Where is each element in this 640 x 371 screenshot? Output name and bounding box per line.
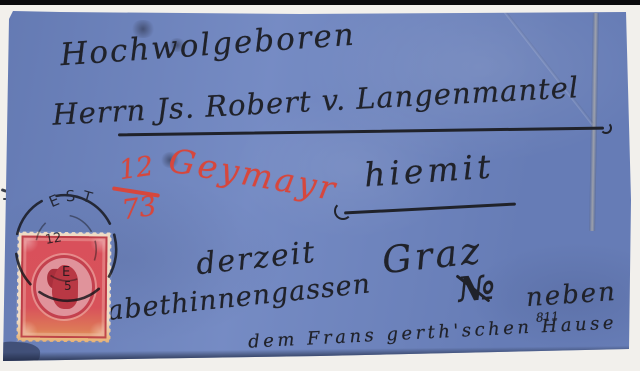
postmark-date-top: 12 (44, 230, 63, 248)
forward-word: hiemit (363, 146, 496, 194)
photo-top-edge (0, 0, 640, 5)
forward-swash (334, 202, 352, 220)
red-name: Geymayr (166, 140, 341, 208)
underline-end-curl (600, 122, 612, 134)
envelope: Hochwolgeboren Herrn Js. Robert v. Lange… (0, 0, 640, 371)
postmark-date-mid: E (62, 265, 70, 280)
red-rate-numerator: 12 (117, 151, 155, 186)
neben-word: neben (525, 277, 618, 313)
addressee-underline (118, 127, 604, 136)
honorific-line: Hochwolgeboren (59, 17, 357, 74)
postmark-letters: EST (46, 187, 100, 211)
forward-underline (344, 203, 516, 214)
postmark-cancel: EST 12 E 5 (6, 186, 132, 316)
envelope-photo: Hochwolgeboren Herrn Js. Robert v. Lange… (0, 0, 640, 371)
envelope-corner-shadow (0, 340, 41, 365)
addressee-line: Herrn Js. Robert v. Langenmantel (51, 70, 579, 132)
postmark-date-bottom: 5 (64, 279, 72, 293)
svg-text:EST: EST (46, 187, 100, 211)
